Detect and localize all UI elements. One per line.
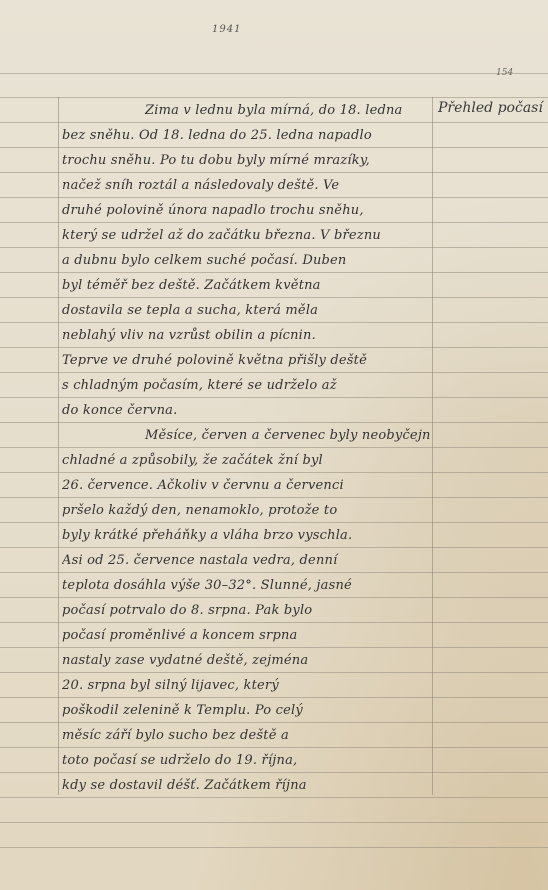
ruled-line [0,722,548,723]
chronicle-page: 1941 154 Přehled počasí Zima v lednu byl… [0,0,548,890]
text-line: do konce června. [62,401,430,421]
ruled-line [0,197,548,198]
ruled-line [0,422,548,423]
text-line: dostavila se tepla a sucha, která měla [62,301,430,321]
margin-note: Přehled počasí [438,100,543,116]
text-line: teplota dosáhla výše 30–32°. Slunné, jas… [62,576,430,596]
ruled-line [0,397,548,398]
ruled-line [0,472,548,473]
ruled-line [0,772,548,773]
text-line: Zima v lednu byla mírná, do 18. ledna [62,101,430,121]
ruled-line [0,697,548,698]
ruled-line [0,522,548,523]
right-margin-line [432,97,433,795]
ruled-line [0,647,548,648]
ruled-line [0,322,548,323]
ruled-line [0,172,548,173]
ruled-line [0,797,548,798]
ruled-line [0,572,548,573]
ruled-line [0,73,548,74]
text-line: 26. července. Ačkoliv v červnu a červenc… [62,476,430,496]
text-line: měsíc září bylo sucho bez deště a [62,726,430,746]
ruled-line [0,847,548,848]
ruled-line [0,672,548,673]
ruled-line [0,622,548,623]
text-line: 20. srpna byl silný lijavec, který [62,676,430,696]
ruled-line [0,147,548,148]
ruled-line [0,122,548,123]
ruled-line [0,822,548,823]
ruled-line [0,372,548,373]
page-number: 154 [496,68,513,78]
text-line: který se udržel až do začátku března. V … [62,226,430,246]
text-line: bez sněhu. Od 18. ledna do 25. ledna nap… [62,126,430,146]
ruled-line [0,297,548,298]
left-margin-line [58,97,59,795]
text-line: toto počasí se udrželo do 19. října, [62,751,430,771]
text-line: neblahý vliv na vzrůst obilin a pícnin. [62,326,430,346]
text-line: Asi od 25. července nastala vedra, denní [62,551,430,571]
page-year: 1941 [212,24,241,35]
ruled-line [0,747,548,748]
ruled-line [0,222,548,223]
ruled-line [0,547,548,548]
text-line: byly krátké přeháňky a vláha brzo vyschl… [62,526,430,546]
text-line: s chladným počasím, které se udrželo až [62,376,430,396]
text-line: Teprve ve druhé polovině května přišly d… [62,351,430,371]
ruled-line [0,497,548,498]
text-line: trochu sněhu. Po tu dobu byly mírné mraz… [62,151,430,171]
text-line: poškodil zelenině k Templu. Po celý [62,701,430,721]
text-line: byl téměř bez deště. Začátkem května [62,276,430,296]
ruled-line [0,597,548,598]
ruled-line [0,347,548,348]
text-line: chladné a způsobily, že začátek žní byl [62,451,430,471]
ruled-line [0,97,548,98]
text-line: nastaly zase vydatné deště, zejména [62,651,430,671]
text-line: Měsíce, červen a červenec byly neobyčejn… [62,426,430,446]
text-line: druhé polovině února napadlo trochu sněh… [62,201,430,221]
ruled-line [0,247,548,248]
text-line: kdy se dostavil déšť. Začátkem října [62,776,430,796]
text-line: počasí proměnlivé a koncem srpna [62,626,430,646]
ruled-line [0,447,548,448]
text-line: pršelo každý den, nenamoklo, protože to [62,501,430,521]
text-line: načež sníh roztál a následovaly deště. V… [62,176,430,196]
text-line: počasí potrvalo do 8. srpna. Pak bylo [62,601,430,621]
ruled-line [0,272,548,273]
text-line: a dubnu bylo celkem suché počasí. Duben [62,251,430,271]
